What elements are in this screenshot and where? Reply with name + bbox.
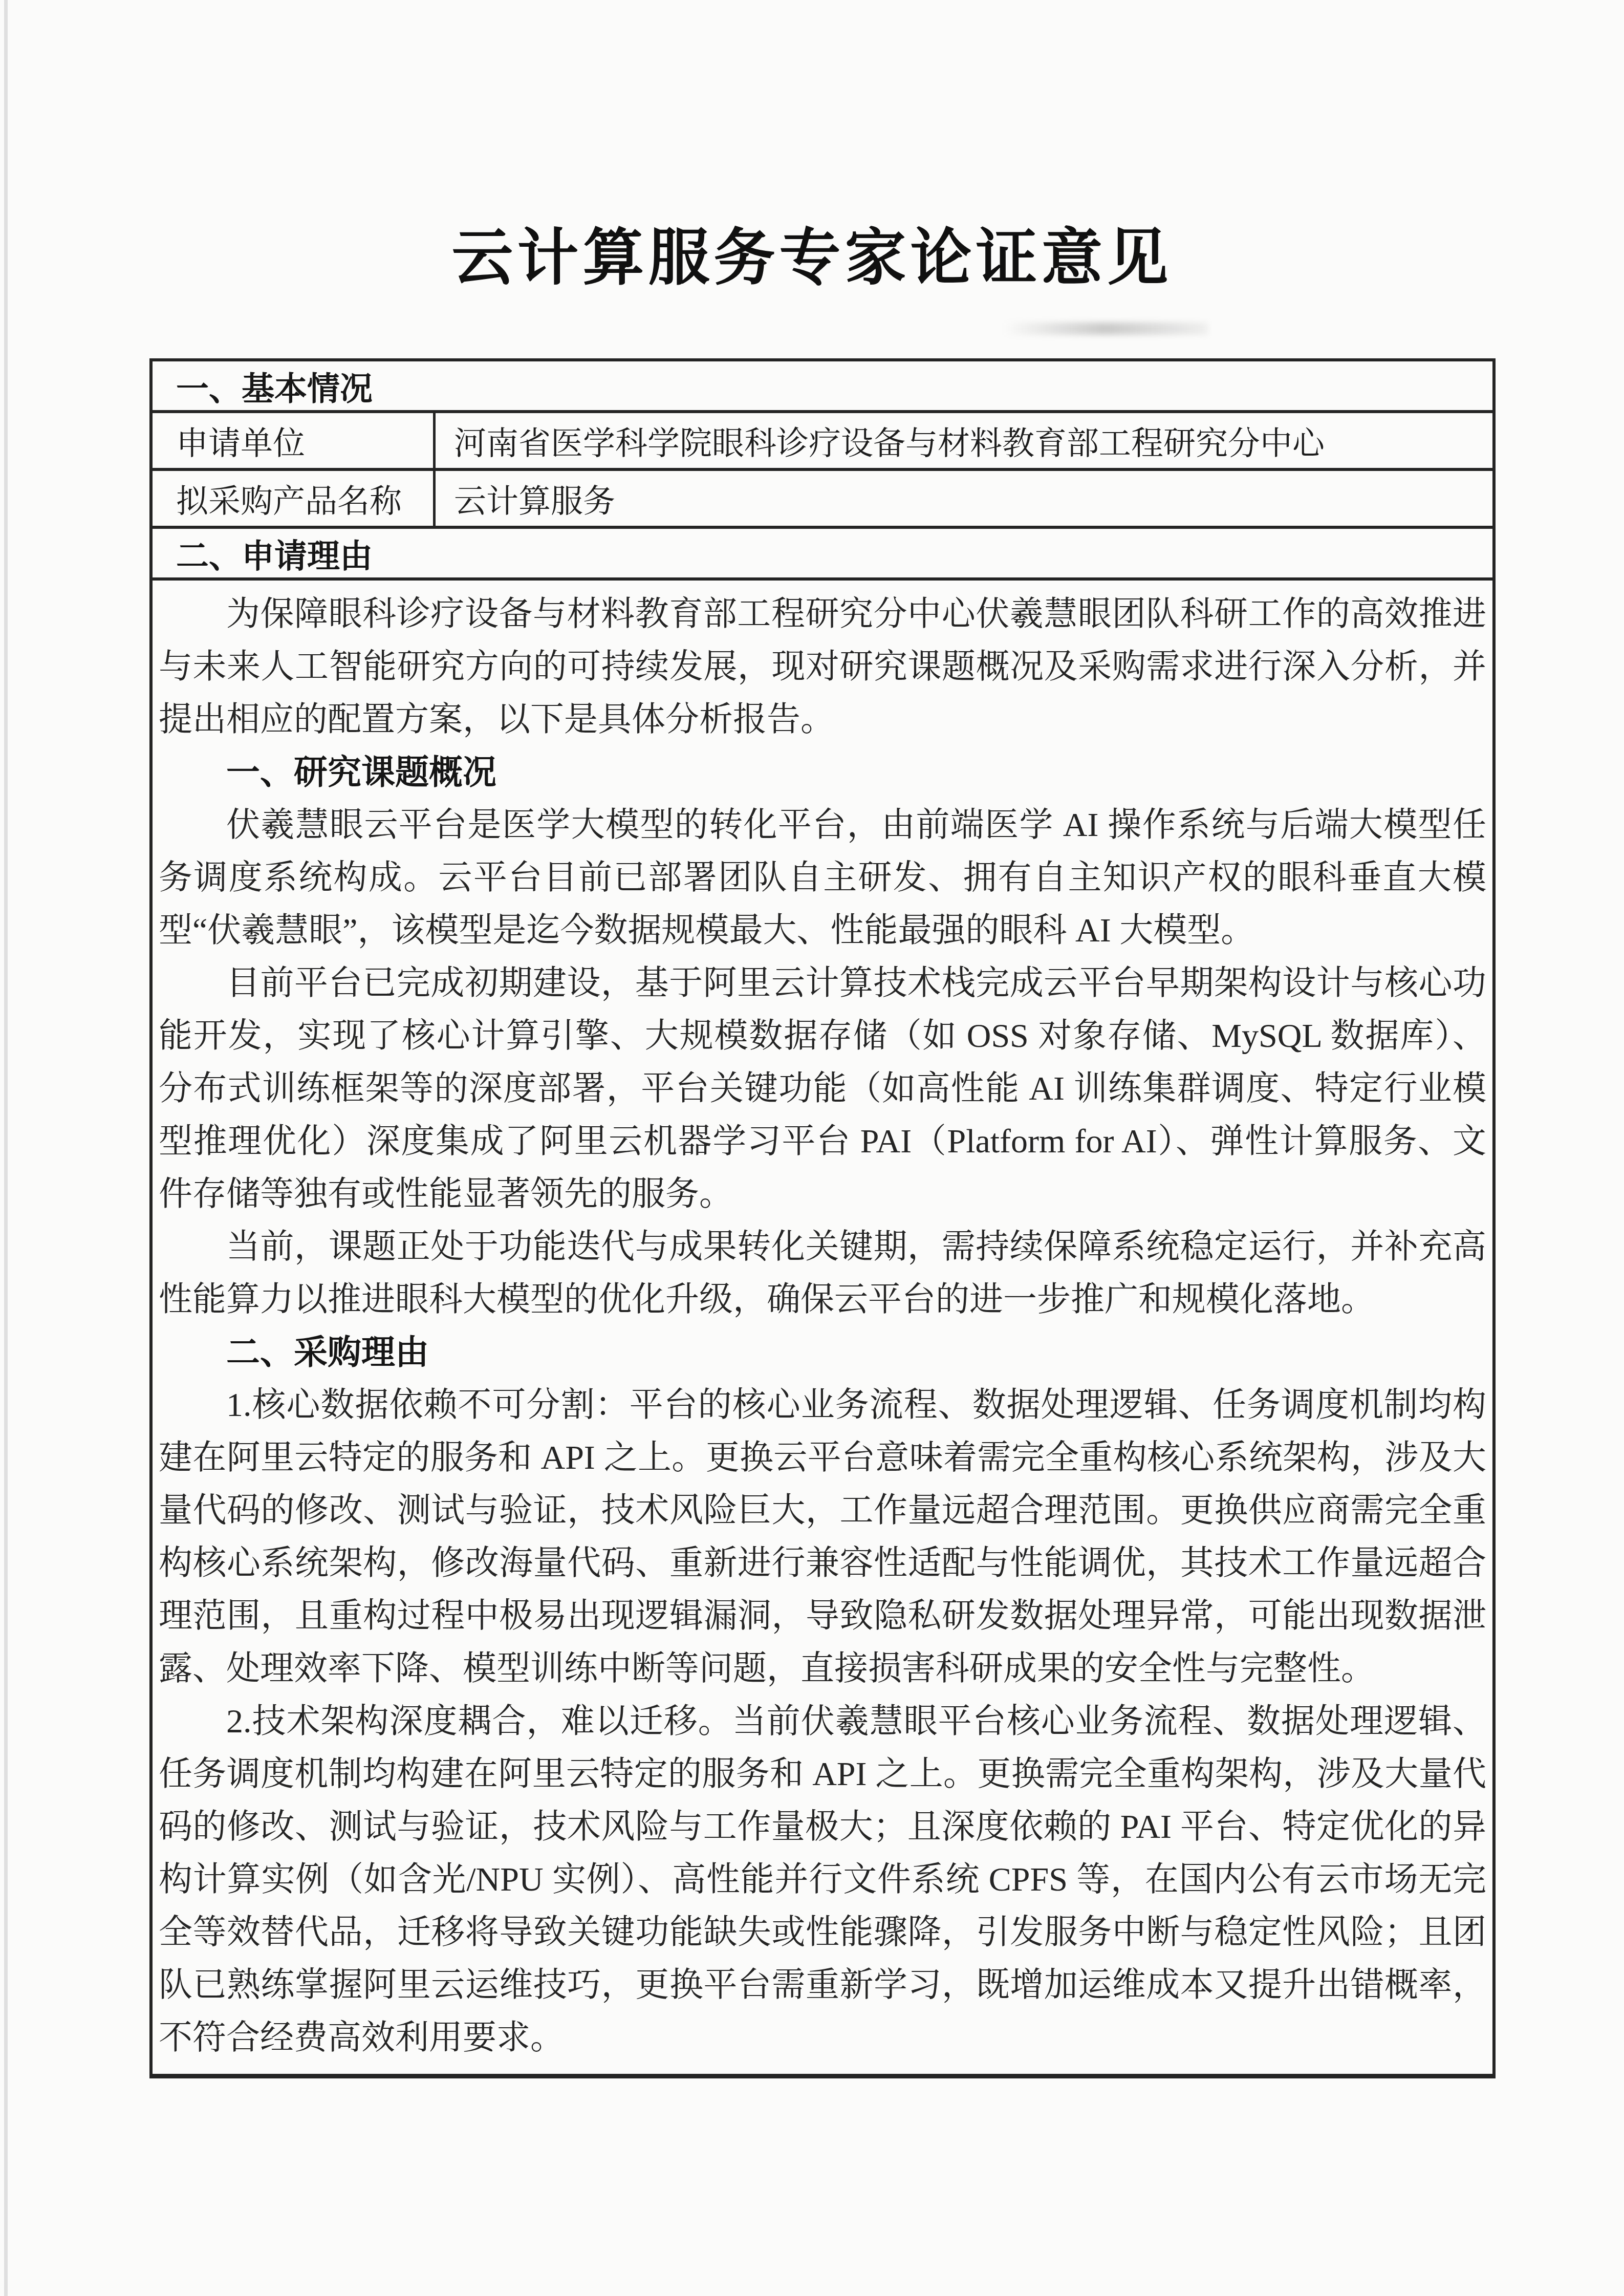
purchase-reason-paragraph-1: 1.核心数据依赖不可分割：平台的核心业务流程、数据处理逻辑、任务调度机制均构建在… <box>159 1379 1486 1695</box>
application-reason-section-header-text: 二、申请理由 <box>176 530 373 577</box>
application-reason-content-cell: 为保障眼科诊疗设备与材料教育部工程研究分中心伏羲慧眼团队科研工作的高效推进与未来… <box>153 581 1492 2070</box>
product-name-label: 拟采购产品名称 <box>153 471 436 526</box>
applicant-value: 河南省医学科学院眼科诊疗设备与材料教育部工程研究分中心 <box>436 413 1492 468</box>
product-name-value: 云计算服务 <box>436 471 1492 526</box>
research-topic-paragraph-3: 当前，课题正处于功能迭代与成果转化关键期，需持续保障系统稳定运行，并补充高性能算… <box>159 1220 1486 1326</box>
application-reason-section-header-row: 二、申请理由 <box>153 529 1492 581</box>
scan-edge-artifact <box>4 0 8 2296</box>
applicant-label: 申请单位 <box>153 413 436 468</box>
research-topic-paragraph-2: 目前平台已完成初期建设，基于阿里云计算技术栈完成云平台早期架构设计与核心功能开发… <box>159 957 1486 1220</box>
purchase-reason-heading: 二、采购理由 <box>159 1326 1486 1379</box>
basic-info-section-header-text: 一、基本情况 <box>176 362 373 410</box>
applicant-row: 申请单位 河南省医学科学院眼科诊疗设备与材料教育部工程研究分中心 <box>153 413 1492 471</box>
page-title: 云计算服务专家论证意见 <box>0 209 1624 297</box>
research-topic-paragraph-1: 伏羲慧眼云平台是医学大模型的转化平台，由前端医学 AI 操作系统与后端大模型任务… <box>159 799 1486 957</box>
intro-paragraph: 为保障眼科诊疗设备与材料教育部工程研究分中心伏羲慧眼团队科研工作的高效推进与未来… <box>159 588 1486 746</box>
purchase-reason-paragraph-2: 2.技术架构深度耦合，难以迁移。当前伏羲慧眼平台核心业务流程、数据处理逻辑、任务… <box>159 1695 1486 2064</box>
basic-info-section-header-row: 一、基本情况 <box>153 361 1492 413</box>
product-name-row: 拟采购产品名称 云计算服务 <box>153 471 1492 529</box>
scan-smudge-artifact <box>1003 323 1208 335</box>
research-topic-overview-heading: 一、研究课题概况 <box>159 746 1486 799</box>
expert-opinion-table: 一、基本情况 申请单位 河南省医学科学院眼科诊疗设备与材料教育部工程研究分中心 … <box>149 358 1496 2078</box>
